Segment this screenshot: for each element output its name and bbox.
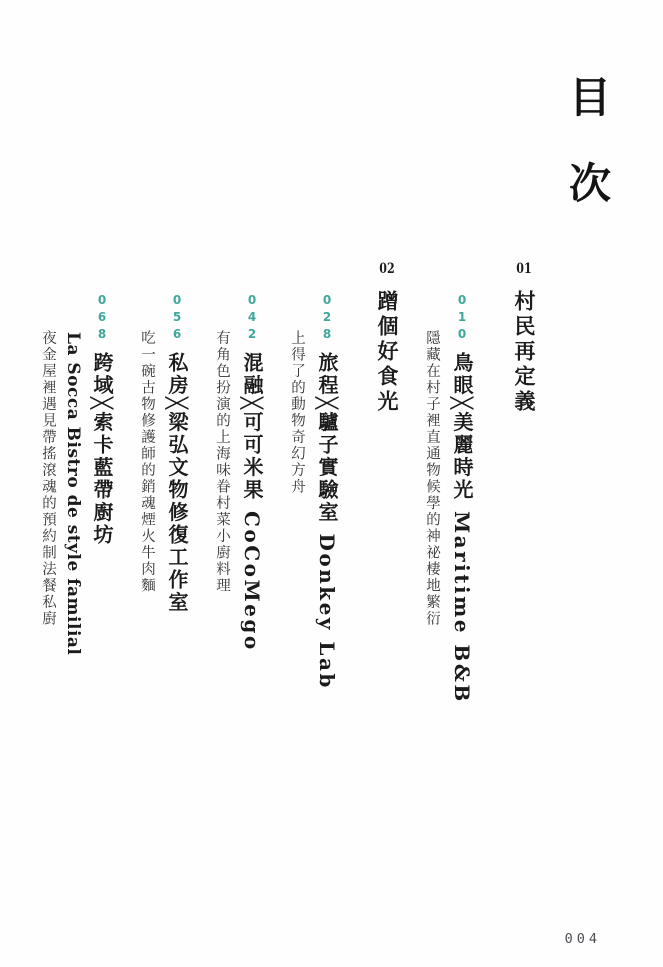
toc-entry-subtitle: 有角色扮演的上海味眷村菜小廚料理: [212, 330, 233, 967]
section-02-title: 蹭個好食光: [375, 290, 400, 415]
entry-title: 混融╳可可米果 CoCoMego: [240, 352, 264, 652]
entry-title: 私房╳梁弘文物修復工作室: [165, 352, 189, 614]
entry-page-number: 042: [245, 293, 259, 352]
toc-entry-subtitle: 吃一碗古物修護師的銷魂煙火牛肉麵: [137, 330, 158, 967]
entry-title-latin: La Socca Bistro de style familial: [63, 332, 83, 655]
toc-page: 目次 01村民再定義 010鳥眼╳美麗時光 Maritime B&B 隱藏在村子…: [0, 0, 663, 967]
entry-page-number: 056: [170, 293, 184, 352]
entry-page-number: 068: [95, 293, 109, 352]
entry-title: 跨域╳索卡藍帶廚坊: [90, 352, 114, 547]
section-01-number: 01: [516, 262, 532, 290]
toc-entry-subtitle: 上得了的動物奇幻方舟: [287, 330, 308, 967]
section-02-header: 02蹭個好食光: [372, 262, 402, 967]
page-number-folio: 004: [565, 931, 601, 947]
toc-entry-subtitle: 夜金屋裡遇見帶搖滾魂的預約制法餐私廚: [38, 330, 59, 967]
entry-title: 旅程╳驢子實驗室 Donkey Lab: [315, 352, 339, 690]
entry-subtitle: 有角色扮演的上海味眷村菜小廚料理: [214, 330, 230, 594]
section-02-number: 02: [379, 262, 395, 290]
entry-subtitle: 隱藏在村子裡直通物候學的神祕棲地繁衍: [424, 330, 440, 627]
toc-entry: 010鳥眼╳美麗時光 Maritime B&B: [448, 293, 477, 967]
entry-subtitle: 夜金屋裡遇見帶搖滾魂的預約制法餐私廚: [40, 330, 56, 627]
toc-entry-subtitle: 隱藏在村子裡直通物候學的神祕棲地繁衍: [422, 330, 443, 967]
toc-entry-title-latin: La Socca Bistro de style familial: [63, 332, 83, 967]
page-title: 目次: [557, 75, 617, 967]
section-01-header: 01村民再定義: [509, 262, 539, 967]
toc-entry: 056私房╳梁弘文物修復工作室: [163, 293, 192, 967]
entry-title: 鳥眼╳美麗時光 Maritime B&B: [450, 352, 474, 704]
entry-subtitle: 上得了的動物奇幻方舟: [289, 330, 305, 495]
entry-page-number: 010: [455, 293, 469, 352]
section-01-title: 村民再定義: [512, 290, 537, 415]
toc-entry: 042混融╳可可米果 CoCoMego: [238, 293, 267, 967]
toc-entry: 028旅程╳驢子實驗室 Donkey Lab: [313, 293, 342, 967]
entry-page-number: 028: [320, 293, 334, 352]
toc-entry: 068跨域╳索卡藍帶廚坊: [88, 293, 117, 967]
entry-subtitle: 吃一碗古物修護師的銷魂煙火牛肉麵: [139, 330, 155, 594]
toc-content: 目次 01村民再定義 010鳥眼╳美麗時光 Maritime B&B 隱藏在村子…: [0, 0, 663, 967]
